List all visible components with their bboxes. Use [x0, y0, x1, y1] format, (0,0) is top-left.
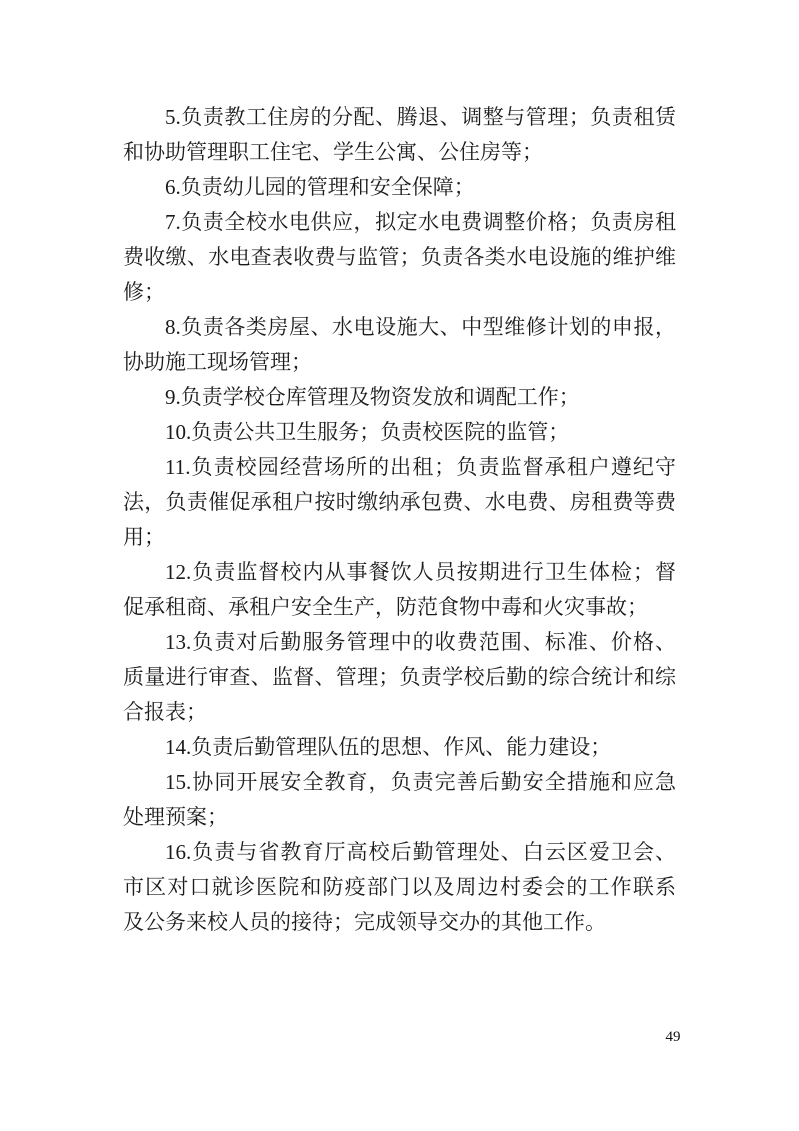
text-line: 协助施工现场管理；	[123, 345, 676, 380]
list-item-6: 6.负责幼儿园的管理和安全保障；	[123, 170, 676, 205]
list-item-10: 10.负责公共卫生服务；负责校医院的监管；	[123, 415, 676, 450]
text-line: 6.负责幼儿园的管理和安全保障；	[123, 170, 676, 205]
text-line: 9.负责学校仓库管理及物资发放和调配工作；	[123, 380, 676, 415]
list-item-15: 15.协同开展安全教育，负责完善后勤安全措施和应急处理预案；	[123, 765, 676, 835]
list-item-5: 5.负责教工住房的分配、腾退、调整与管理；负责租赁和协助管理职工住宅、学生公寓、…	[123, 100, 676, 170]
list-item-16: 16.负责与省教育厅高校后勤管理处、白云区爱卫会、市区对口就诊医院和防疫部门以及…	[123, 835, 676, 940]
list-item-14: 14.负责后勤管理队伍的思想、作风、能力建设；	[123, 730, 676, 765]
text-line: 11.负责校园经营场所的出租；负责监督承租户遵纪守	[123, 450, 676, 485]
text-line: 15.协同开展安全教育，负责完善后勤安全措施和应急	[123, 765, 676, 800]
text-line: 16.负责与省教育厅高校后勤管理处、白云区爱卫会、	[123, 835, 676, 870]
text-line: 8.负责各类房屋、水电设施大、中型维修计划的申报，	[123, 310, 676, 345]
text-line: 14.负责后勤管理队伍的思想、作风、能力建设；	[123, 730, 676, 765]
text-line: 合报表；	[123, 695, 676, 730]
text-line: 5.负责教工住房的分配、腾退、调整与管理；负责租赁	[123, 100, 676, 135]
text-line: 7.负责全校水电供应，拟定水电费调整价格；负责房租	[123, 205, 676, 240]
text-line: 和协助管理职工住宅、学生公寓、公住房等；	[123, 135, 676, 170]
text-line: 10.负责公共卫生服务；负责校医院的监管；	[123, 415, 676, 450]
list-item-13: 13.负责对后勤服务管理中的收费范围、标准、价格、质量进行审查、监督、管理；负责…	[123, 625, 676, 730]
text-line: 费收缴、水电查表收费与监管；负责各类水电设施的维护维	[123, 240, 676, 275]
list-item-12: 12.负责监督校内从事餐饮人员按期进行卫生体检；督促承租商、承租户安全生产，防范…	[123, 555, 676, 625]
text-line: 法，负责催促承租户按时缴纳承包费、水电费、房租费等费	[123, 485, 676, 520]
text-line: 处理预案；	[123, 800, 676, 835]
page-number: 49	[655, 1028, 691, 1046]
text-line: 修；	[123, 275, 676, 310]
list-item-8: 8.负责各类房屋、水电设施大、中型维修计划的申报，协助施工现场管理；	[123, 310, 676, 380]
list-item-9: 9.负责学校仓库管理及物资发放和调配工作；	[123, 380, 676, 415]
text-line: 促承租商、承租户安全生产，防范食物中毒和火灾事故；	[123, 590, 676, 625]
text-line: 12.负责监督校内从事餐饮人员按期进行卫生体检；督	[123, 555, 676, 590]
list-item-7: 7.负责全校水电供应，拟定水电费调整价格；负责房租费收缴、水电查表收费与监管；负…	[123, 205, 676, 310]
document-page: 5.负责教工住房的分配、腾退、调整与管理；负责租赁和协助管理职工住宅、学生公寓、…	[0, 0, 799, 1131]
text-line: 质量进行审查、监督、管理；负责学校后勤的综合统计和综	[123, 660, 676, 695]
list-item-11: 11.负责校园经营场所的出租；负责监督承租户遵纪守法，负责催促承租户按时缴纳承包…	[123, 450, 676, 555]
text-line: 13.负责对后勤服务管理中的收费范围、标准、价格、	[123, 625, 676, 660]
document-body: 5.负责教工住房的分配、腾退、调整与管理；负责租赁和协助管理职工住宅、学生公寓、…	[123, 100, 676, 940]
text-line: 市区对口就诊医院和防疫部门以及周边村委会的工作联系	[123, 870, 676, 905]
text-line: 及公务来校人员的接待；完成领导交办的其他工作。	[123, 905, 676, 940]
text-line: 用；	[123, 520, 676, 555]
